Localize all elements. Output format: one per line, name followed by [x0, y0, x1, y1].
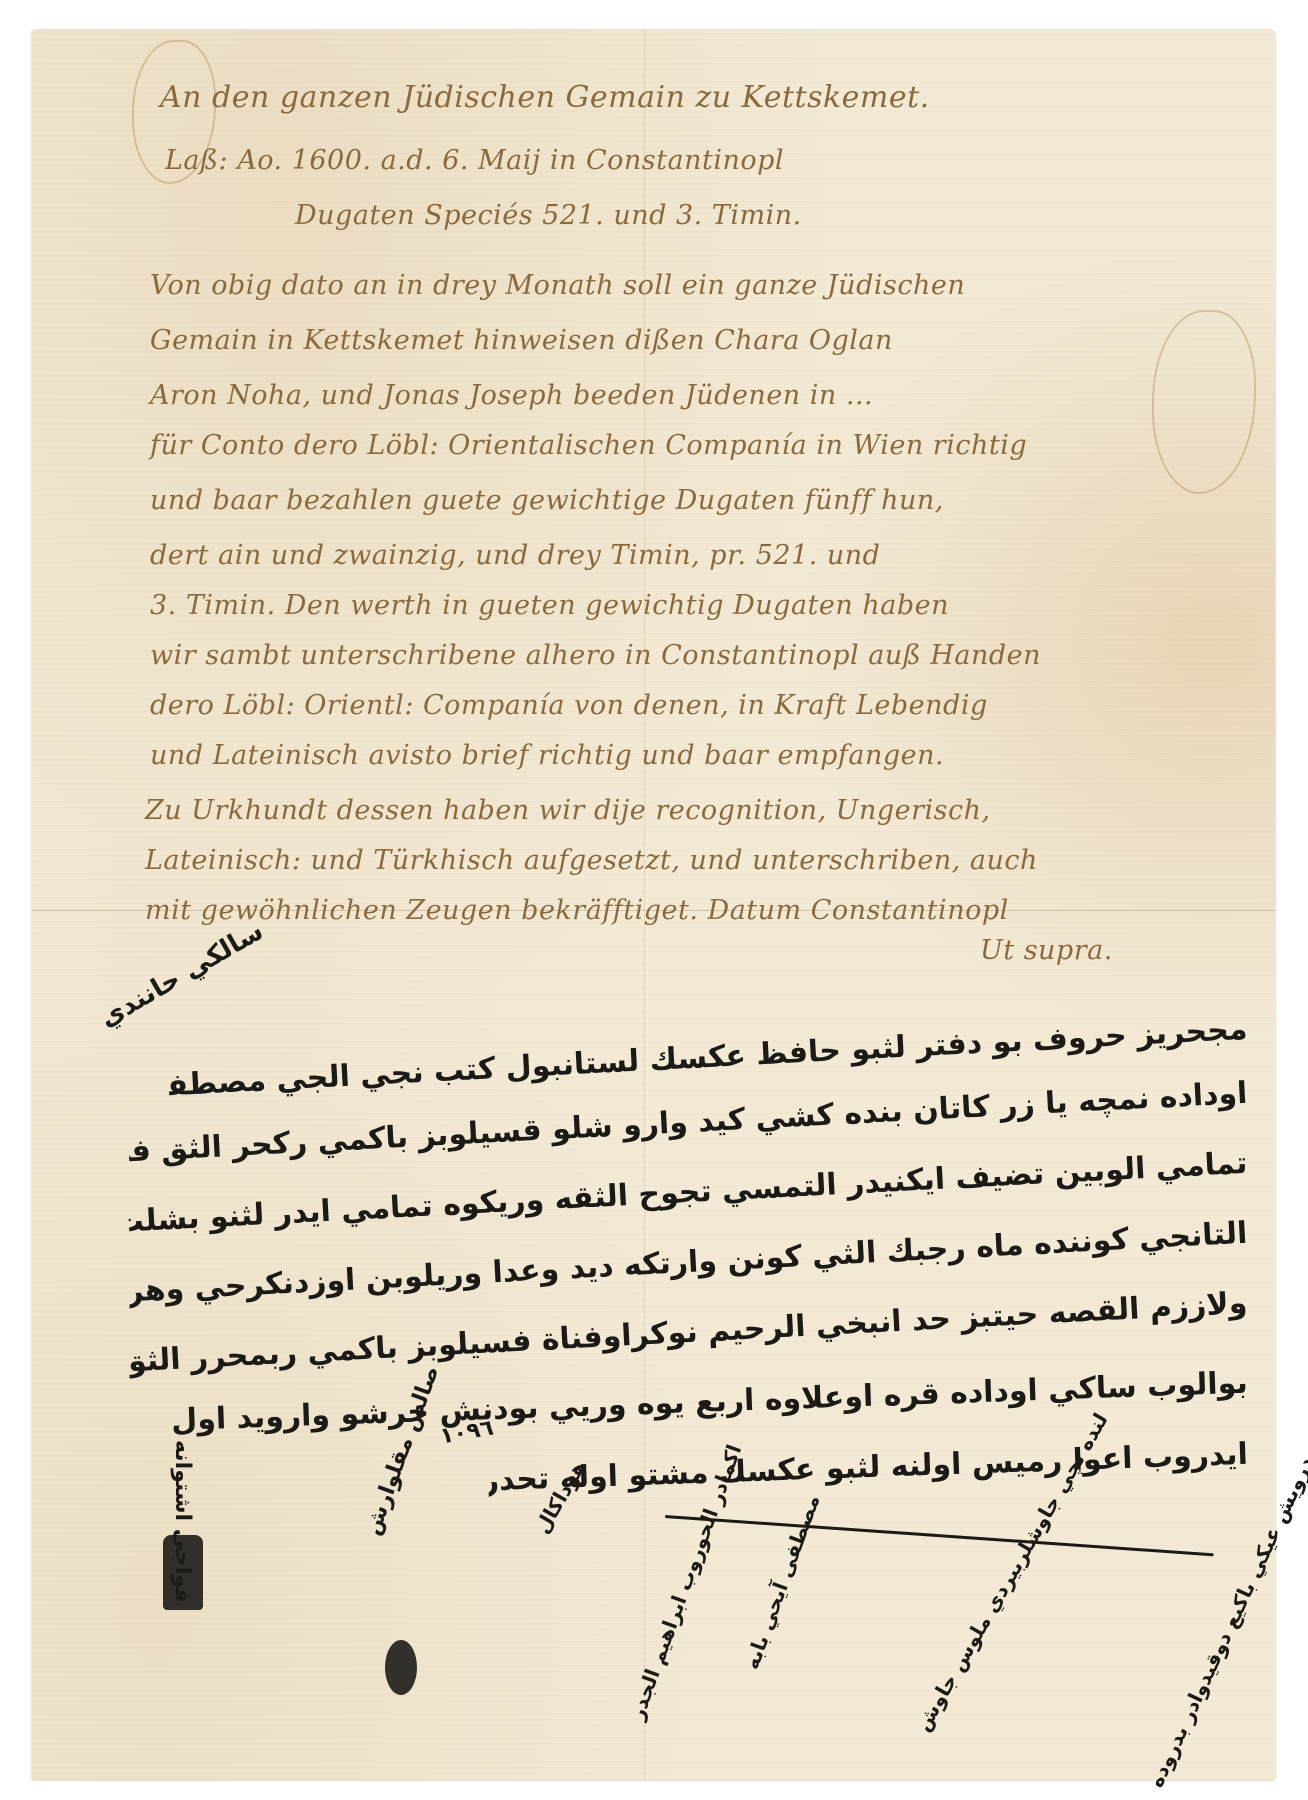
- german-body-line-3: Aron Noha, und Jonas Joseph beeden Jüden…: [150, 380, 873, 411]
- ink-seal-rectangular: [163, 1535, 203, 1610]
- german-body-line-4: für Conto dero Löbl: Orientalischen Comp…: [150, 430, 1027, 461]
- german-heading-line-3: Dugaten Speciés 521. und 3. Timin.: [295, 200, 802, 231]
- water-stain-right: [1152, 310, 1256, 494]
- german-heading-line-2: Laß: Ao. 1600. a.d. 6. Maij in Constanti…: [165, 145, 784, 176]
- german-body-line-7: 3. Timin. Den werth in gueten gewichtig …: [150, 590, 949, 621]
- german-body-line-5: und baar bezahlen guete gewichtige Dugat…: [150, 485, 944, 516]
- german-body-line-11: Zu Urkhundt dessen haben wir dije recogn…: [145, 795, 991, 826]
- german-body-line-1: Von obig dato an in drey Monath soll ein…: [150, 270, 965, 301]
- german-closing: Ut supra.: [980, 935, 1113, 966]
- german-body-line-10: und Lateinisch avisto brief richtig und …: [150, 740, 944, 771]
- german-body-line-9: dero Löbl: Orientl: Companía von denen, …: [150, 690, 988, 721]
- german-body-line-12: Lateinisch: und Türkhisch aufgesetzt, un…: [145, 845, 1038, 876]
- german-body-line-8: wir sambt unterschribene alhero in Const…: [150, 640, 1041, 671]
- german-body-line-13: mit gewöhnlichen Zeugen bekräfftiget. Da…: [145, 895, 1009, 926]
- german-body-line-2: Gemain in Kettskemet hinweisen dißen Cha…: [150, 325, 893, 356]
- german-body-line-6: dert ain und zwainzig, und drey Timin, p…: [150, 540, 880, 571]
- german-heading-line-1: An den ganzen Jüdischen Gemain zu Kettsk…: [160, 80, 930, 115]
- ink-seal-oval: [385, 1640, 417, 1695]
